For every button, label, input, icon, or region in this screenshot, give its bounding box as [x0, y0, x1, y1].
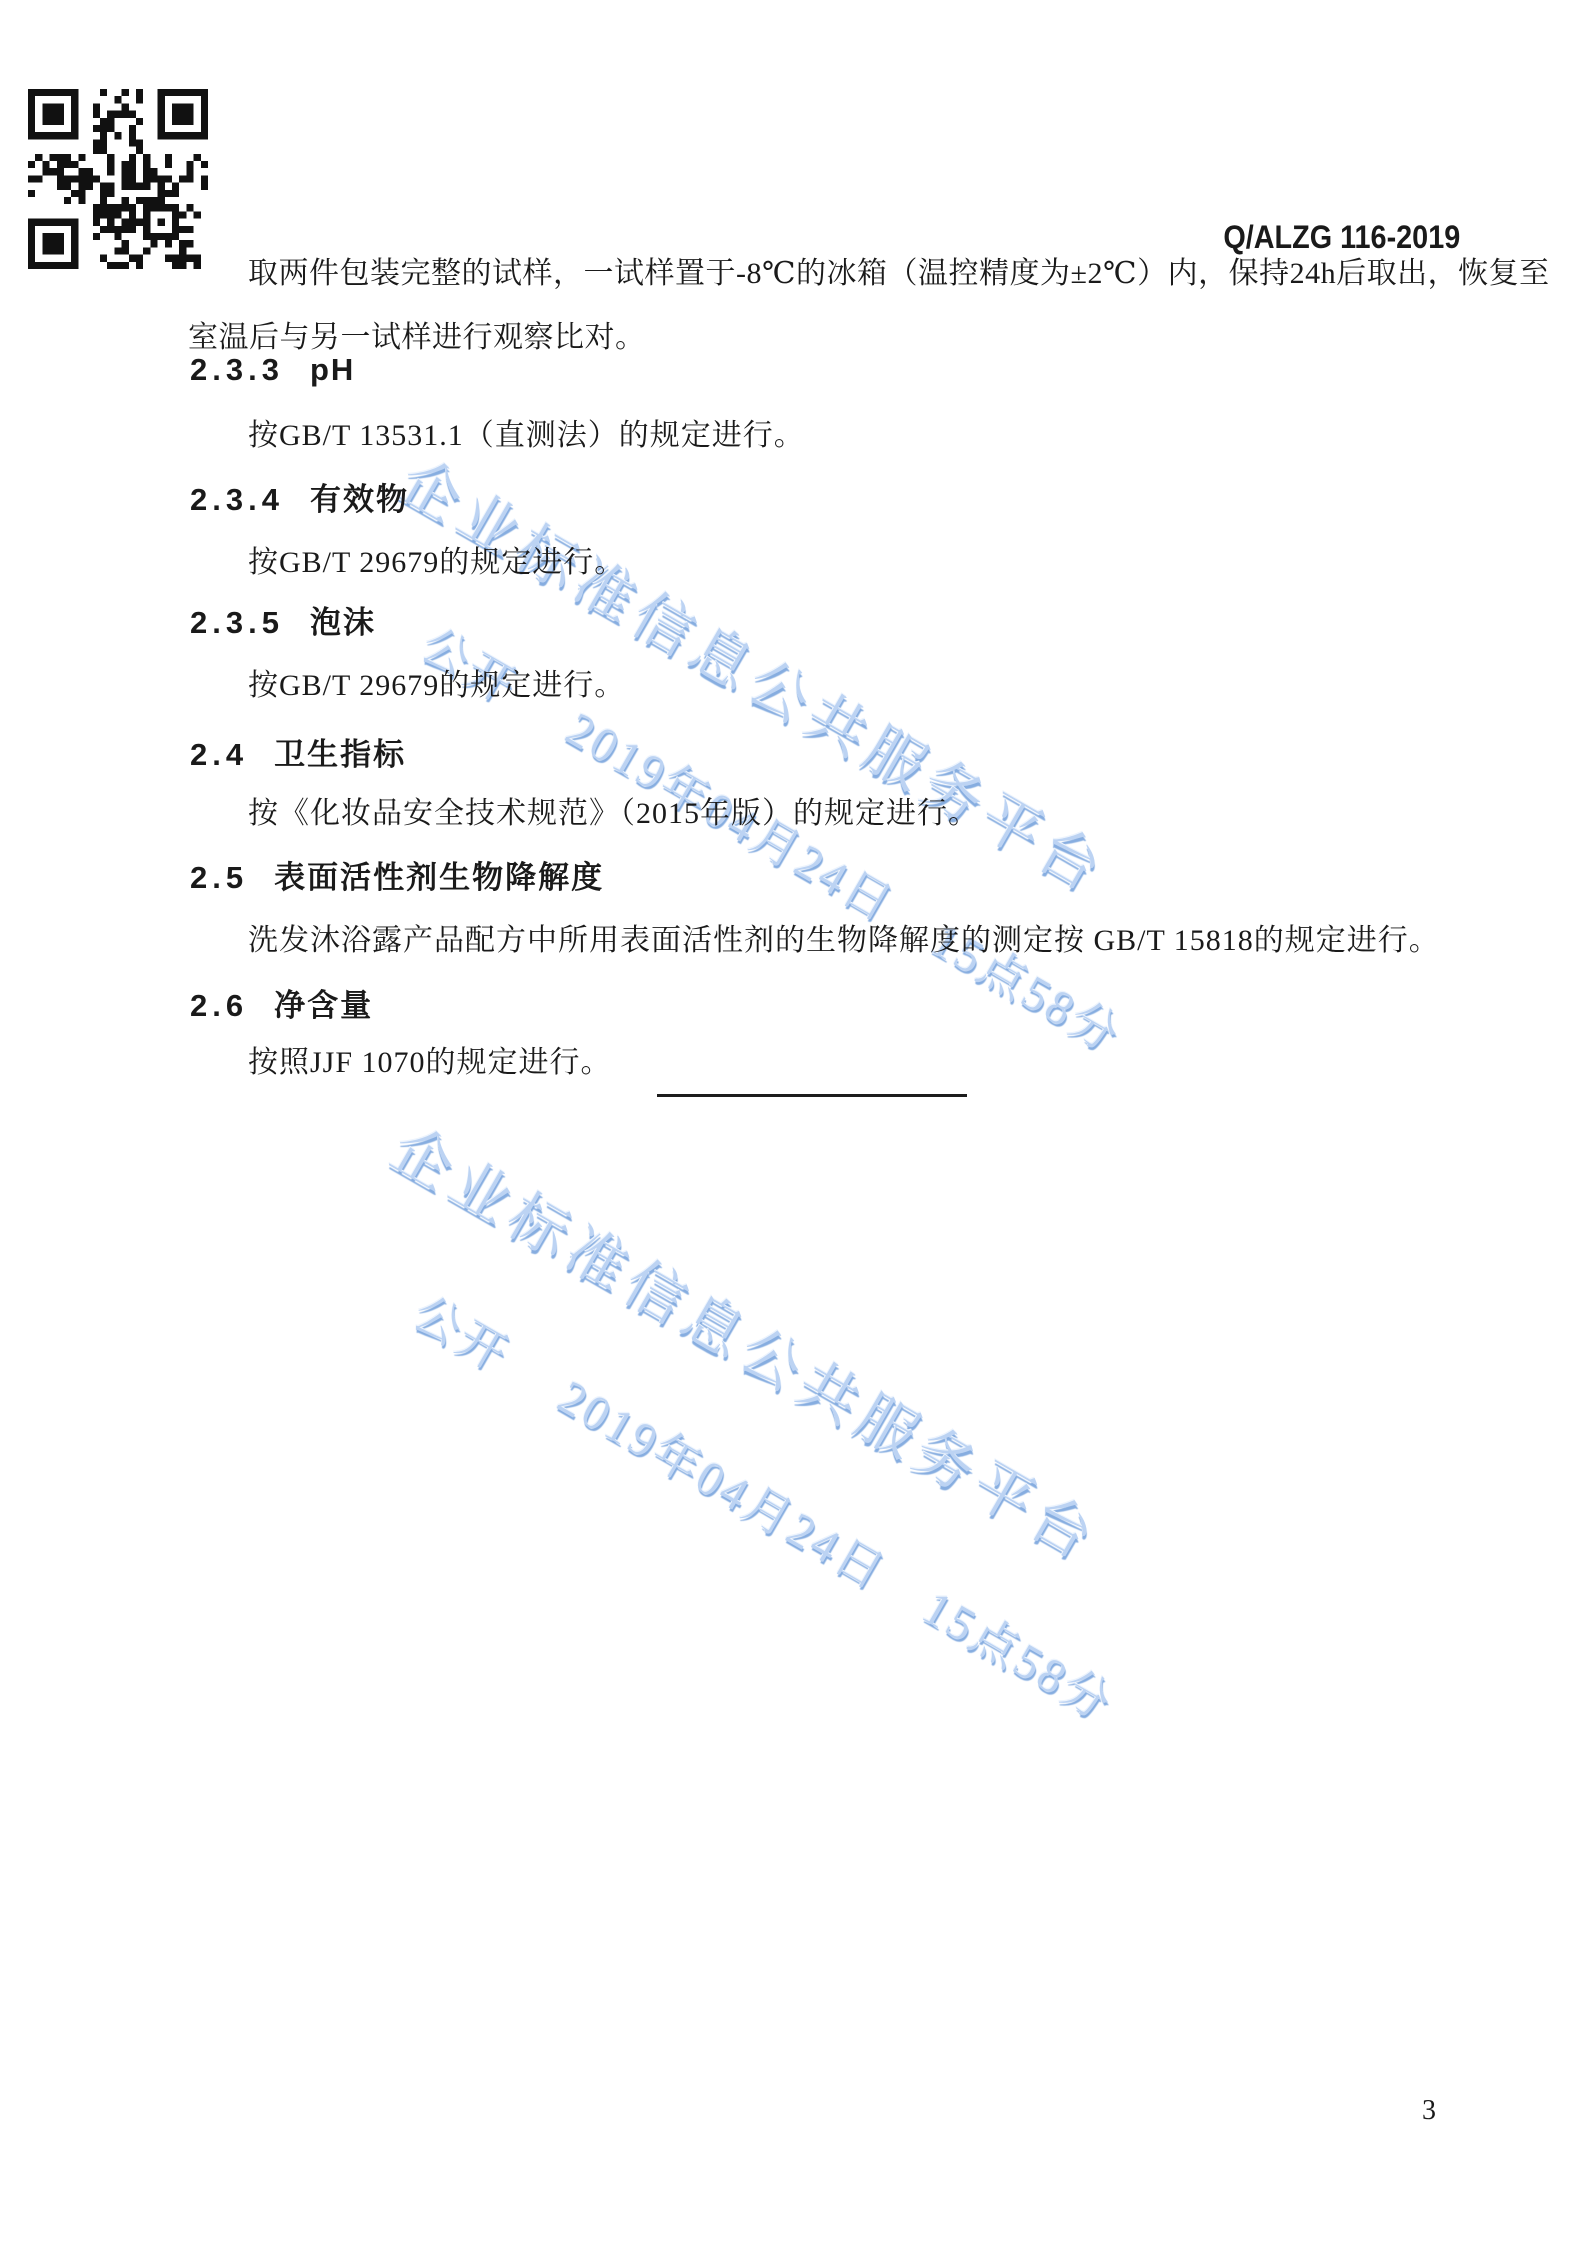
watermark-date: 2019年04月24日 [549, 1371, 895, 1601]
section-body-2-3-5: 按GB/T 29679的规定进行。 [248, 660, 625, 704]
section-heading-2-5: 2.5表面活性剂生物降解度 [190, 852, 604, 897]
watermark-time: 15点58分 [914, 1581, 1122, 1732]
section-body-2-4: 按《化妆品安全技术规范》（2015年版）的规定进行。 [248, 788, 979, 832]
section-number: 2.4 [190, 737, 248, 772]
section-body-2-3-3: 按GB/T 13531.1（直测法）的规定进行。 [248, 410, 805, 454]
section-heading-2-3-3: 2.3.3pH [190, 352, 355, 388]
section-title: 净含量 [274, 988, 373, 1023]
section-number: 2.3.5 [190, 605, 284, 640]
section-number: 2.5 [190, 860, 248, 895]
watermark-meta-line: 公开2019年04月24日15点58分 [318, 1239, 1121, 1730]
section-title: 有效物 [310, 482, 409, 517]
watermark-open-label: 公开 [404, 1287, 519, 1384]
watermark-lower: 企业标准信息公共服务平台 公开2019年04月24日15点58分 [318, 1118, 1191, 1730]
section-title: 表面活性剂生物降解度 [274, 860, 604, 895]
section-heading-2-3-4: 2.3.4有效物 [190, 474, 409, 519]
intro-line-1: 取两件包装完整的试样，一试样置于-8℃的冰箱（温控精度为±2℃）内，保持24h后… [188, 242, 1463, 306]
end-of-document-divider [657, 1094, 967, 1097]
section-heading-2-6: 2.6净含量 [190, 980, 373, 1025]
section-body-2-6: 按照JJF 1070的规定进行。 [248, 1037, 612, 1081]
qr-code-icon [28, 84, 208, 274]
section-title: pH [310, 352, 355, 387]
section-title: 泡沫 [310, 605, 376, 640]
section-heading-2-3-5: 2.3.5泡沫 [190, 597, 376, 642]
section-body-2-3-4: 按GB/T 29679的规定进行。 [248, 537, 625, 581]
intro-line-2: 室温后与另一试样进行观察比对。 [188, 306, 1463, 370]
section-number: 2.3.4 [190, 482, 284, 517]
page-number: 3 [1422, 2095, 1436, 2127]
section-number: 2.3.3 [190, 352, 284, 387]
section-heading-2-4: 2.4卫生指标 [190, 729, 406, 774]
section-title: 卫生指标 [274, 737, 406, 772]
watermark-platform-text: 企业标准信息公共服务平台 [382, 1118, 1191, 1619]
intro-paragraph: 取两件包装完整的试样，一试样置于-8℃的冰箱（温控精度为±2℃）内，保持24h后… [188, 242, 1463, 370]
section-number: 2.6 [190, 988, 248, 1023]
document-page: 企业标准信息公共服务平台 公开2019年04月24日15点58分 企业标准信息公… [0, 0, 1588, 2245]
section-body-2-5: 洗发沐浴露产品配方中所用表面活性剂的生物降解度的测定按 GB/T 15818的规… [248, 915, 1440, 959]
